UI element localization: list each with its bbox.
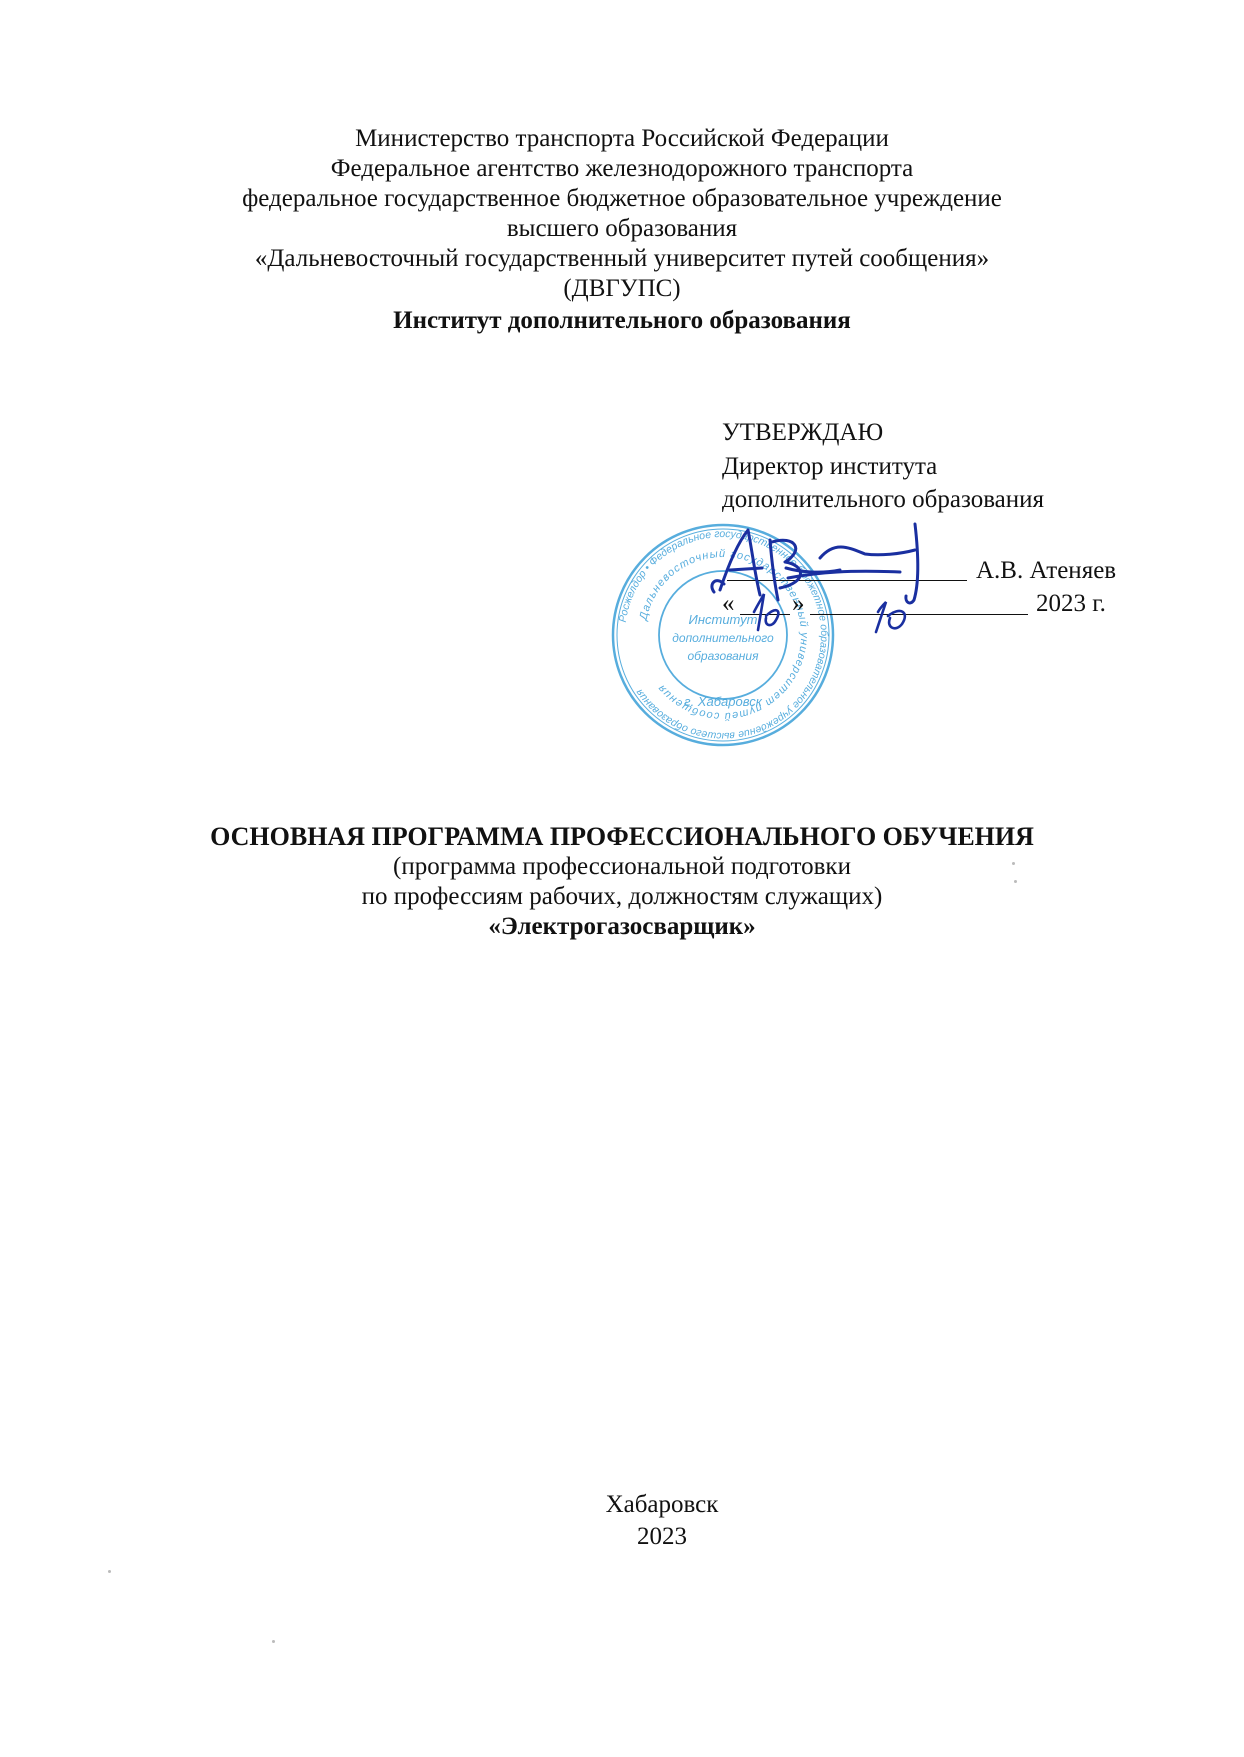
- agency-line: Федеральное агентство железнодорожного т…: [0, 154, 1244, 183]
- footer-year: 2023: [40, 1522, 1244, 1551]
- program-subtitle-line1: (программа профессиональной подготовки: [0, 852, 1244, 881]
- footer-city: Хабаровск: [40, 1490, 1244, 1519]
- scan-speck: [272, 1640, 275, 1643]
- scan-speck: [108, 1570, 111, 1573]
- education-level-line: высшего образования: [0, 214, 1244, 243]
- university-abbr-line: (ДВГУПС): [0, 274, 1244, 303]
- scan-speck: [1012, 862, 1015, 865]
- approver-name: А.В. Атеняев: [976, 556, 1116, 585]
- svg-text:г. Хабаровск: г. Хабаровск: [684, 694, 763, 709]
- handwritten-signature-icon: [700, 520, 960, 640]
- approval-title: УТВЕРЖДАЮ: [722, 418, 883, 447]
- institution-type-line: федеральное государственное бюджетное об…: [0, 184, 1244, 213]
- date-year: 2023 г.: [1036, 589, 1106, 618]
- program-name: «Электрогазосварщик»: [0, 912, 1244, 941]
- svg-text:образования: образования: [688, 649, 760, 663]
- program-subtitle-line2: по профессиям рабочих, должностям служащ…: [0, 882, 1244, 911]
- program-title: ОСНОВНАЯ ПРОГРАММА ПРОФЕССИОНАЛЬНОГО ОБУ…: [0, 822, 1244, 851]
- approver-position-line2: дополнительного образования: [722, 485, 1044, 514]
- approver-position-line1: Директор института: [722, 452, 937, 481]
- ministry-line: Министерство транспорта Российской Федер…: [0, 124, 1244, 153]
- university-name-line: «Дальневосточный государственный универс…: [0, 244, 1244, 273]
- institute-name: Институт дополнительного образования: [0, 306, 1244, 335]
- scan-speck: [1014, 880, 1017, 883]
